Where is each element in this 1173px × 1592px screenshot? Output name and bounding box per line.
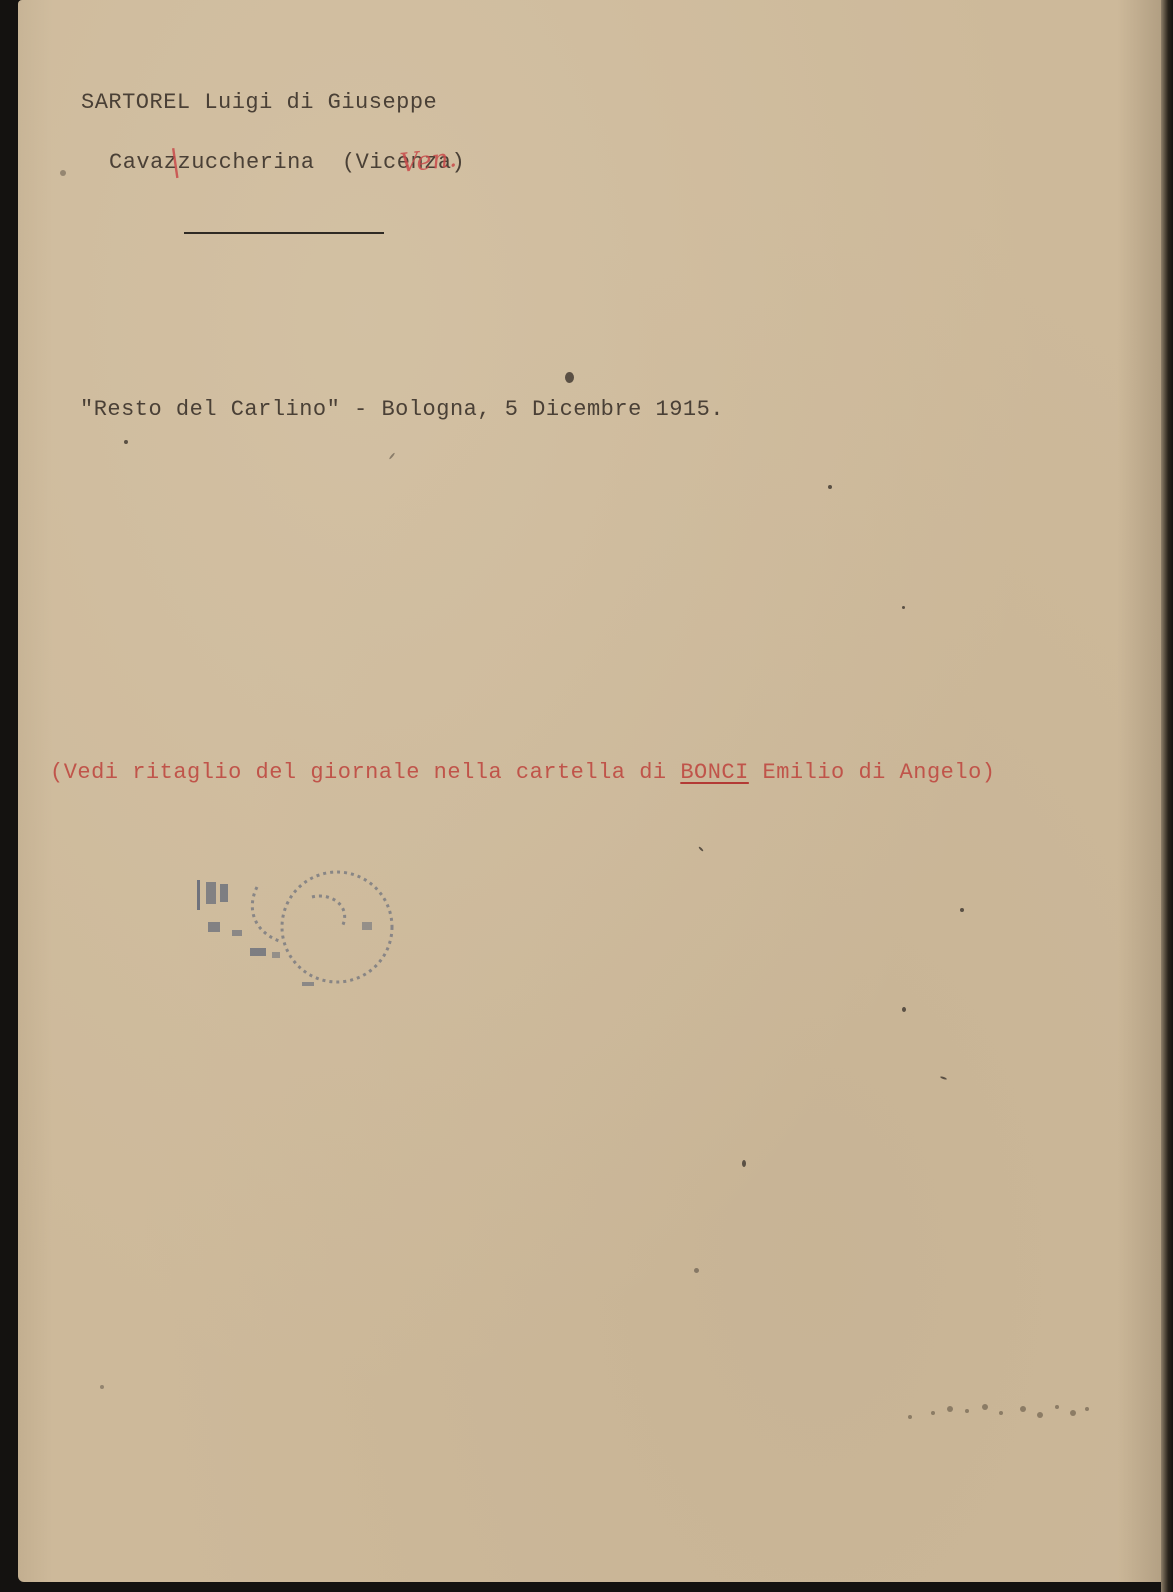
paper-speck [60,170,66,176]
document-sheet [18,0,1163,1582]
paper-speck [100,1385,104,1389]
paper-speck [902,1007,906,1012]
paper-speck [742,1160,746,1167]
faded-stamp-icon [192,852,412,1002]
page-edge-shadow [1161,0,1173,1592]
paper-speck [828,485,832,489]
paper-speck [960,908,964,912]
faded-ink-smudge [905,1395,1095,1425]
note-suffix: Emilio di Angelo) [749,760,996,785]
header-divider [184,232,384,234]
paper-speck [565,372,574,383]
cross-reference-note: (Vedi ritaglio del giornale nella cartel… [50,760,995,785]
handwritten-correction: Ven. [399,143,459,179]
paper-speck [124,440,128,444]
paper-speck [694,1268,699,1273]
paper-speck [902,606,905,609]
source-line: "Resto del Carlino" - Bologna, 5 Dicembr… [80,397,724,422]
note-prefix: (Vedi ritaglio del giornale nella cartel… [50,760,680,785]
note-underlined-name: BONCI [680,760,749,785]
name-line: SARTOREL Luigi di Giuseppe [81,90,437,115]
